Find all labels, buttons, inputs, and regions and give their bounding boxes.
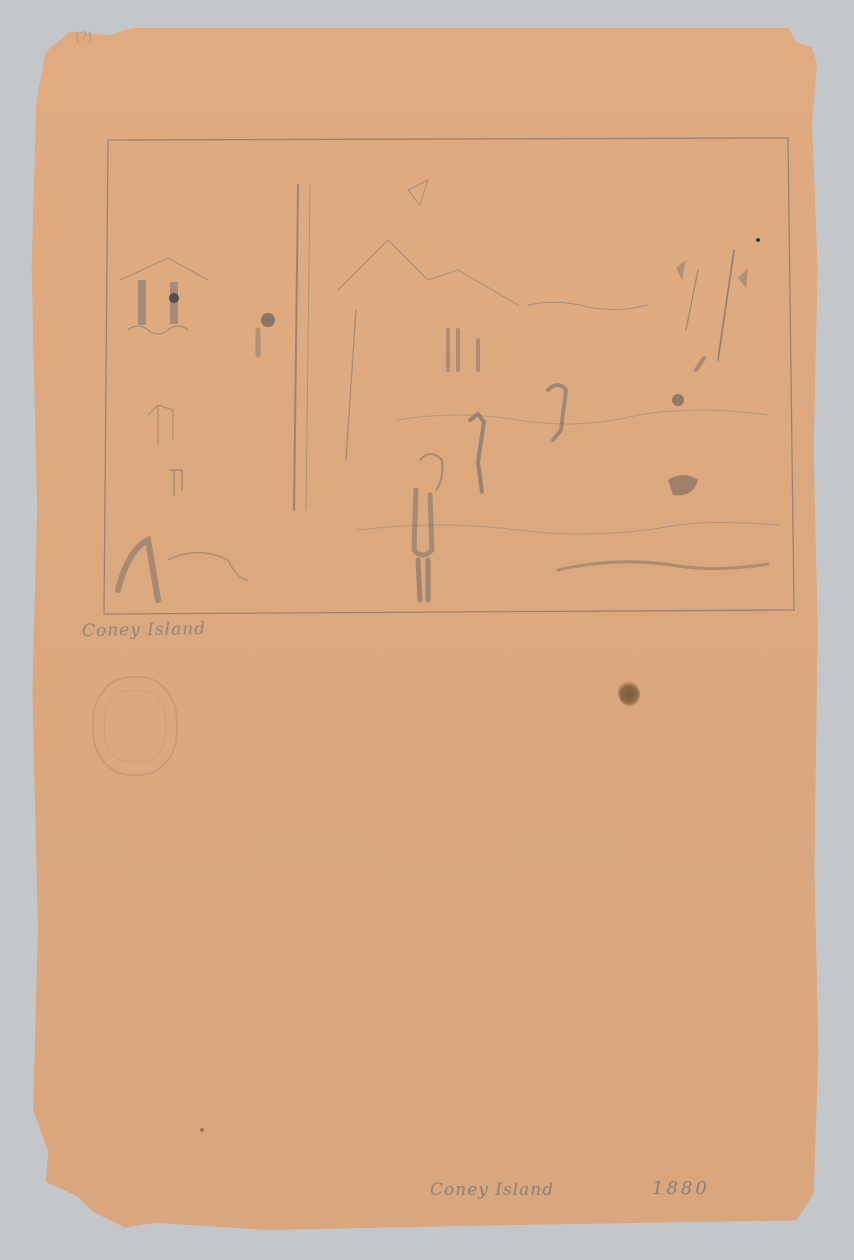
- paper-speck: [200, 1128, 204, 1132]
- ink-stain: [618, 680, 640, 706]
- corner-mark: (?): [75, 30, 92, 45]
- caption-under-sketch: Coney Island: [82, 619, 206, 641]
- caption-bottom: Coney Island: [430, 1180, 554, 1200]
- caption-year: 1880: [652, 1178, 710, 1199]
- collection-stamp: [92, 676, 178, 776]
- collection-stamp-inner: [104, 690, 166, 762]
- pencil-sketch: [98, 130, 798, 618]
